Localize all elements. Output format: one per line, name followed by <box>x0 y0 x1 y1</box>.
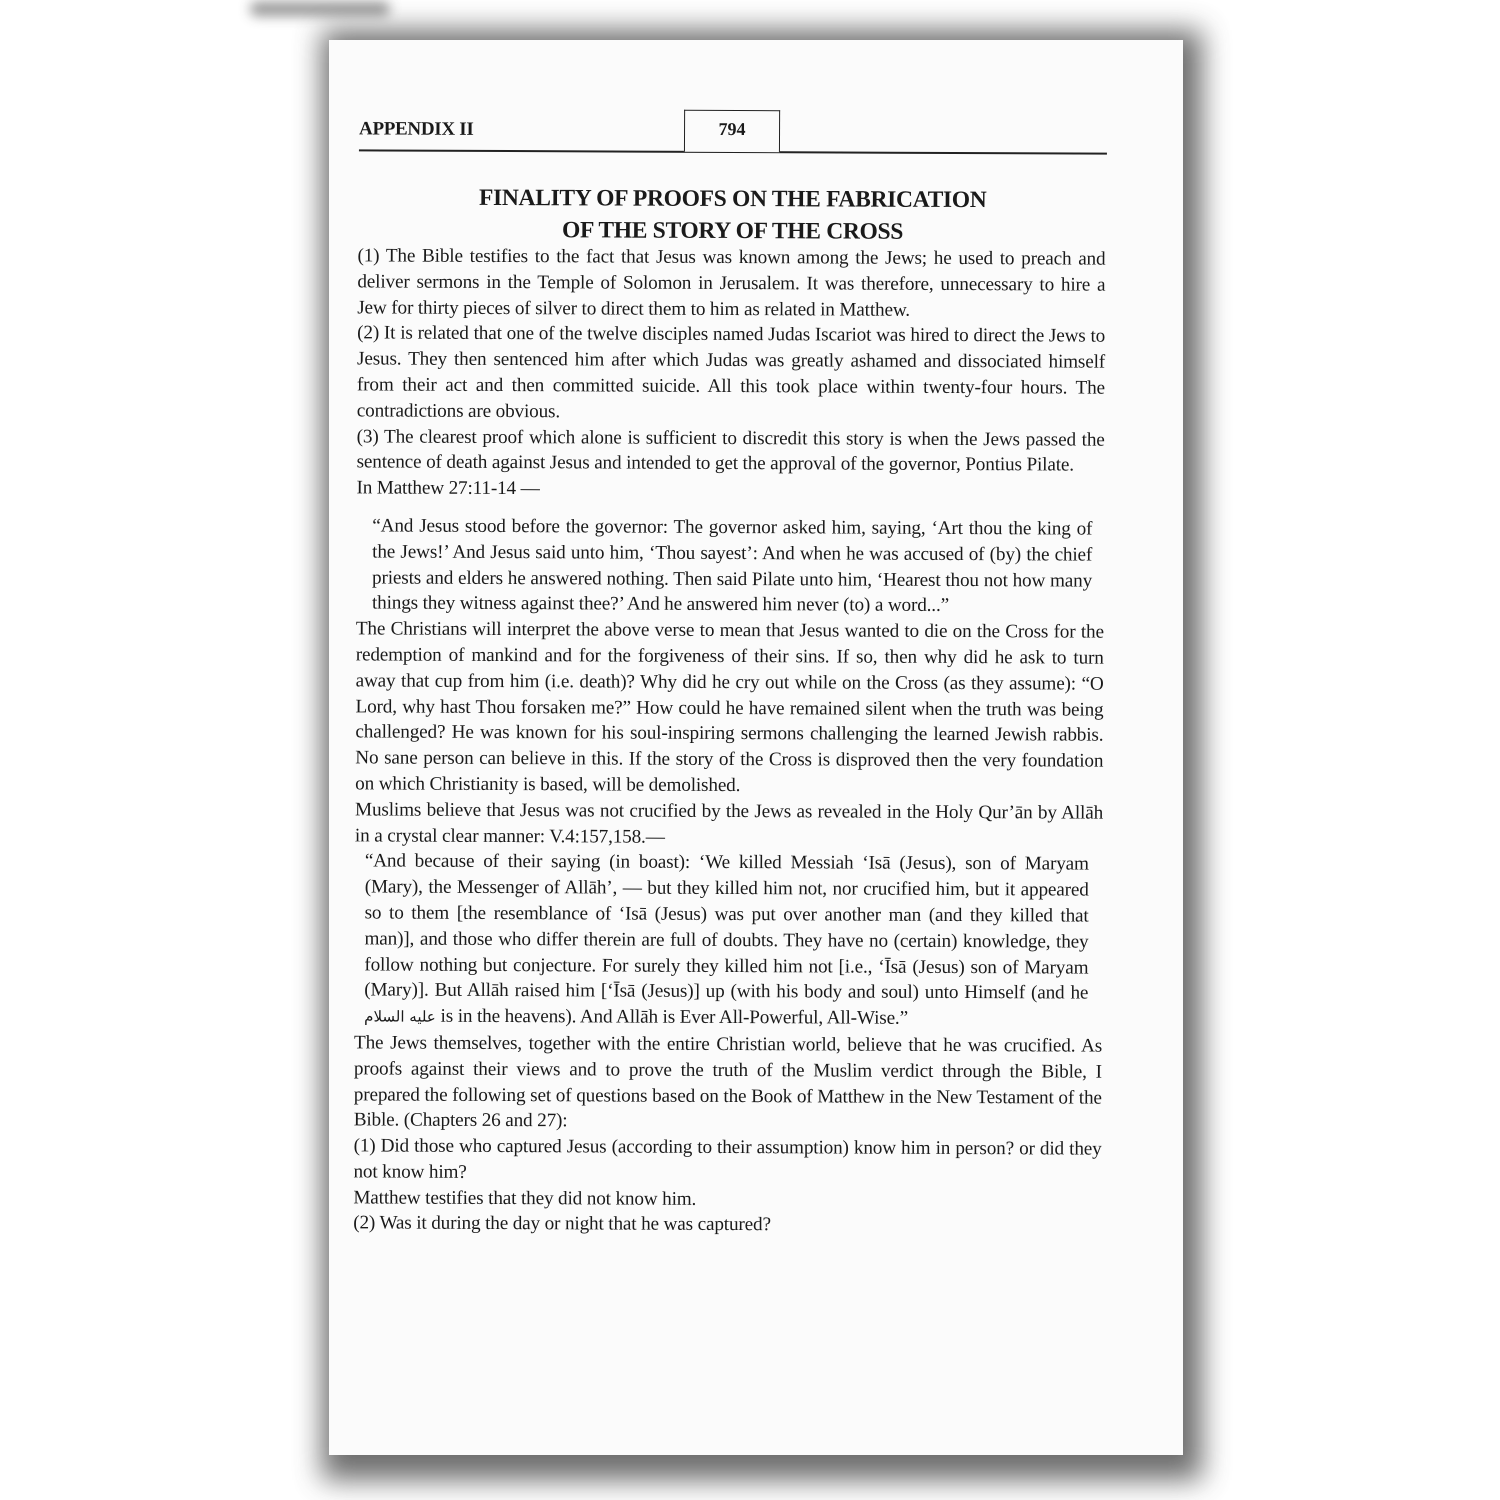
quote-text-before: “And because of their saying (in boast):… <box>364 851 1089 1004</box>
scan-shadow-artifact <box>250 2 390 16</box>
block-quote-matthew: “And Jesus stood before the governor: Th… <box>372 513 1092 619</box>
paragraph-point-2: (2) It is related that one of the twelve… <box>357 321 1105 427</box>
running-header: APPENDIX II 794 <box>359 108 1107 153</box>
paragraph-muslim-belief: Muslims believe that Jesus was not cruci… <box>355 797 1103 852</box>
paragraph-christian-interpretation: The Christians will interpret the above … <box>355 617 1104 801</box>
paragraph-questions-intro: The Jews themselves, together with the e… <box>354 1030 1102 1136</box>
book-page: APPENDIX II 794 FINALITY OF PROOFS ON TH… <box>329 40 1183 1455</box>
body-text: (1) The Bible testifies to the fact that… <box>353 243 1105 1240</box>
page-number: 794 <box>684 110 780 152</box>
chapter-title: FINALITY OF PROOFS ON THE FABRICATION OF… <box>359 181 1107 248</box>
paragraph-point-3: (3) The clearest proof which alone is su… <box>357 424 1105 479</box>
paragraph-point-1: (1) The Bible testifies to the fact that… <box>357 243 1105 324</box>
matthew-reference: In Matthew 27:11-14 — <box>356 476 1104 505</box>
block-quote-quran: “And because of their saying (in boast):… <box>364 849 1089 1034</box>
title-line-1: FINALITY OF PROOFS ON THE FABRICATION <box>359 181 1107 216</box>
question-2: (2) Was it during the day or night that … <box>353 1211 1101 1240</box>
question-1: (1) Did those who captured Jesus (accord… <box>353 1133 1101 1188</box>
page-content: APPENDIX II 794 FINALITY OF PROOFS ON TH… <box>329 40 1183 1455</box>
quote-text-after: is in the heavens). And Allāh is Ever Al… <box>441 1006 908 1029</box>
question-1-answer: Matthew testifies that they did not know… <box>353 1185 1101 1214</box>
arabic-honorific: عليه السلام <box>364 1008 436 1026</box>
section-label: APPENDIX II <box>359 118 474 140</box>
